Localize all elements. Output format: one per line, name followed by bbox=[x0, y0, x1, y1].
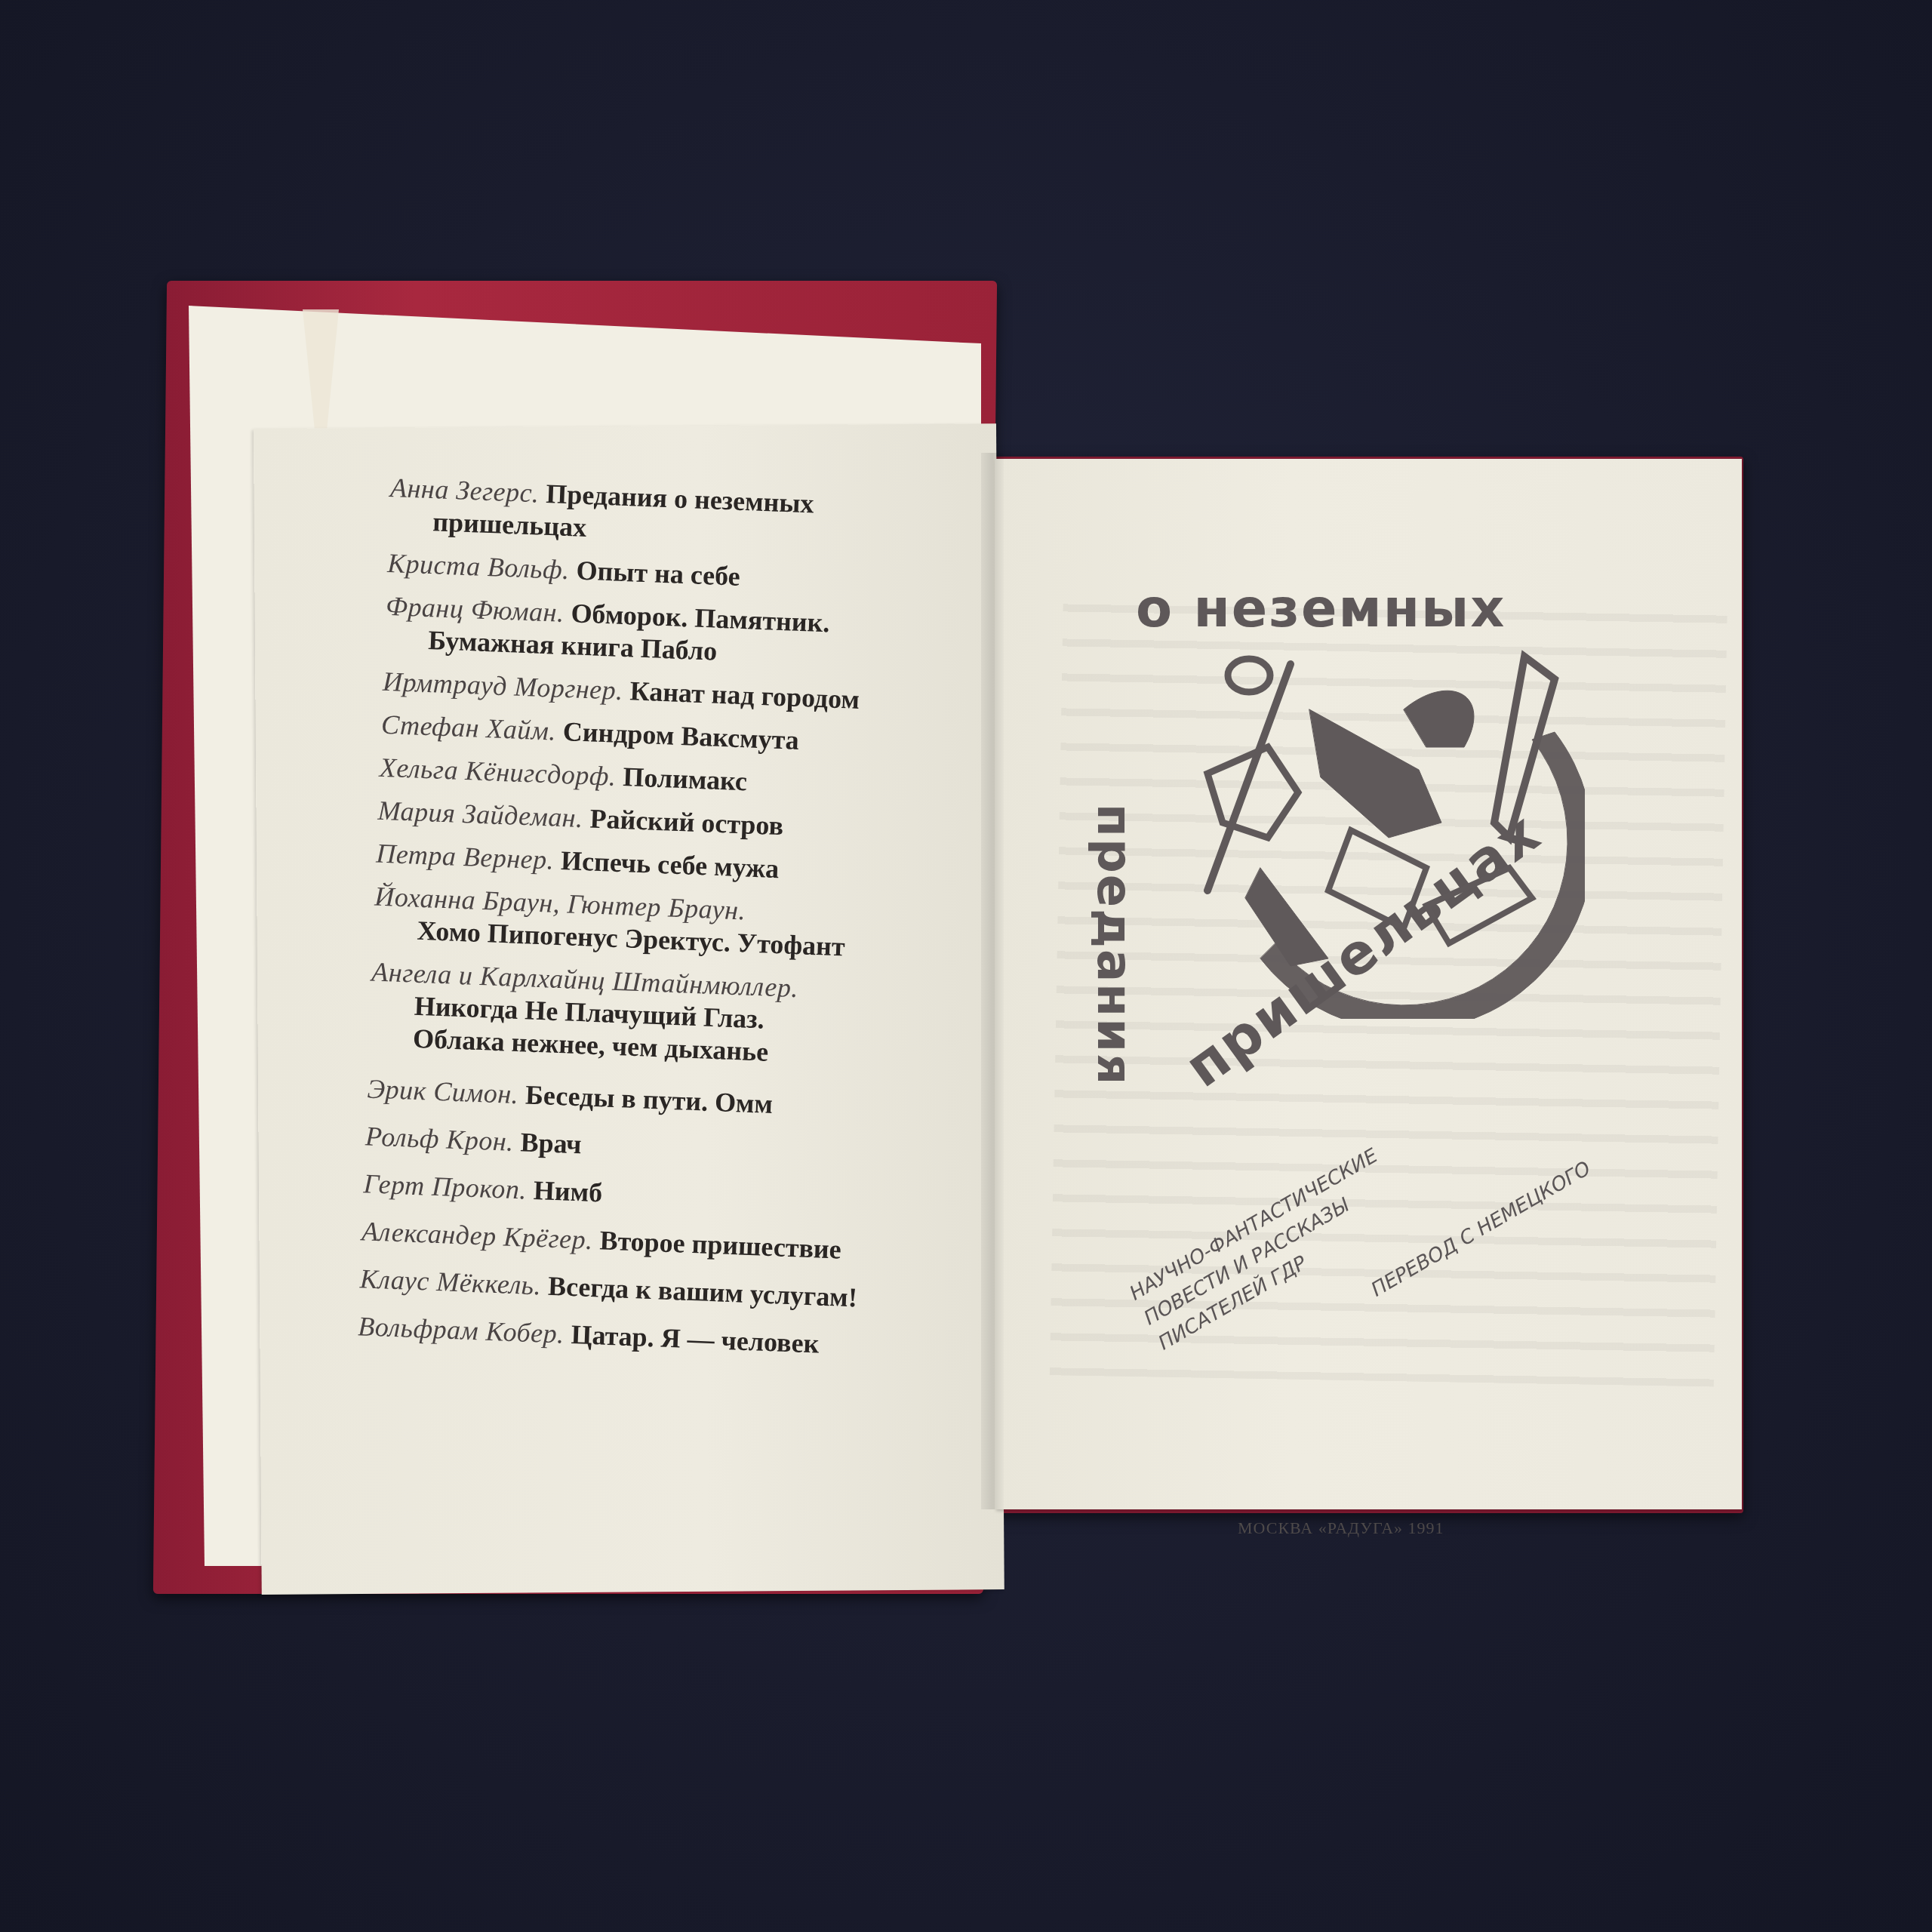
toc-author: Ирмтрауд Моргнер. bbox=[383, 666, 624, 706]
toc-author: Герт Прокоп. bbox=[363, 1168, 528, 1204]
toc-title: Райский остров bbox=[589, 803, 784, 841]
publisher-imprint: МОСКВА «РАДУГА» 1991 bbox=[1238, 1518, 1444, 1538]
toc-entry: Вольфрам Кобер. Цатар. Я — человек bbox=[358, 1310, 932, 1364]
toc-title: Полимакс bbox=[623, 761, 748, 796]
open-book: Анна Зегерс. Предания о неземных пришель… bbox=[0, 0, 1932, 1932]
toc-title: Нимб bbox=[533, 1175, 603, 1207]
toc-entry: Герт Прокоп. Нимб bbox=[363, 1168, 937, 1222]
toc-author: Анна Зегерс. bbox=[389, 472, 540, 509]
figure-leaping-illustration bbox=[1177, 641, 1585, 1019]
toc-author: Александер Крёгер. bbox=[361, 1216, 594, 1255]
toc-author: Хельга Кёнигсдорф. bbox=[379, 752, 617, 792]
toc-entry: Йоханна Браун, Гюнтер Браун. Хомо Пипоге… bbox=[373, 881, 949, 968]
toc-title: Цатар. Я — человек bbox=[571, 1319, 820, 1359]
toc-author: Вольфрам Кобер. bbox=[358, 1311, 565, 1349]
book-gutter bbox=[981, 453, 1004, 1509]
toc-title: Синдром Ваксмута bbox=[562, 716, 799, 755]
toc-title: Опыт на себе bbox=[576, 555, 741, 592]
toc-title: Врач bbox=[520, 1127, 582, 1159]
toc-title: Канат над городом bbox=[629, 675, 860, 715]
toc-title: Испечь себе мужа bbox=[560, 845, 780, 884]
toc-title: Второе пришествие bbox=[599, 1225, 842, 1264]
toc-entry: Эрик Симон. Беседы в пути. Омм bbox=[367, 1072, 941, 1127]
toc-author: Рольф Крон. bbox=[365, 1121, 514, 1157]
toc-author: Мария Зайдеман. bbox=[377, 795, 583, 833]
toc-title: Беседы в пути. Омм bbox=[525, 1079, 773, 1119]
toc-entry: Рольф Крон. Врач bbox=[365, 1120, 939, 1174]
toc-author: Франц Фюман. bbox=[385, 591, 565, 628]
toc-entry: Клаус Мёккель. Всегда к вашим услугам! bbox=[359, 1263, 934, 1317]
toc-author: Клаус Мёккель. bbox=[359, 1263, 542, 1300]
table-of-contents: Анна Зегерс. Предания о неземных пришель… bbox=[357, 472, 964, 1375]
toc-author: Эрик Симон. bbox=[367, 1073, 519, 1109]
toc-entry: Франц Фюман. Обморок. Памятник. Бумажная… bbox=[384, 590, 960, 677]
toc-entry: Ангела и Карлхайнц Штайнмюллер. Никогда … bbox=[368, 956, 945, 1075]
title-vertical: предания bbox=[1086, 749, 1142, 1141]
toc-author: Стефан Хайм. bbox=[380, 709, 556, 746]
toc-author: Петра Вернер. bbox=[376, 838, 555, 875]
toc-entry: Александер Крёгер. Второе пришествие bbox=[361, 1215, 935, 1269]
title-line-1: о неземных bbox=[1136, 577, 1506, 639]
toc-author: Криста Вольф. bbox=[387, 548, 571, 585]
toc-title: Всегда к вашим услугам! bbox=[547, 1271, 857, 1313]
